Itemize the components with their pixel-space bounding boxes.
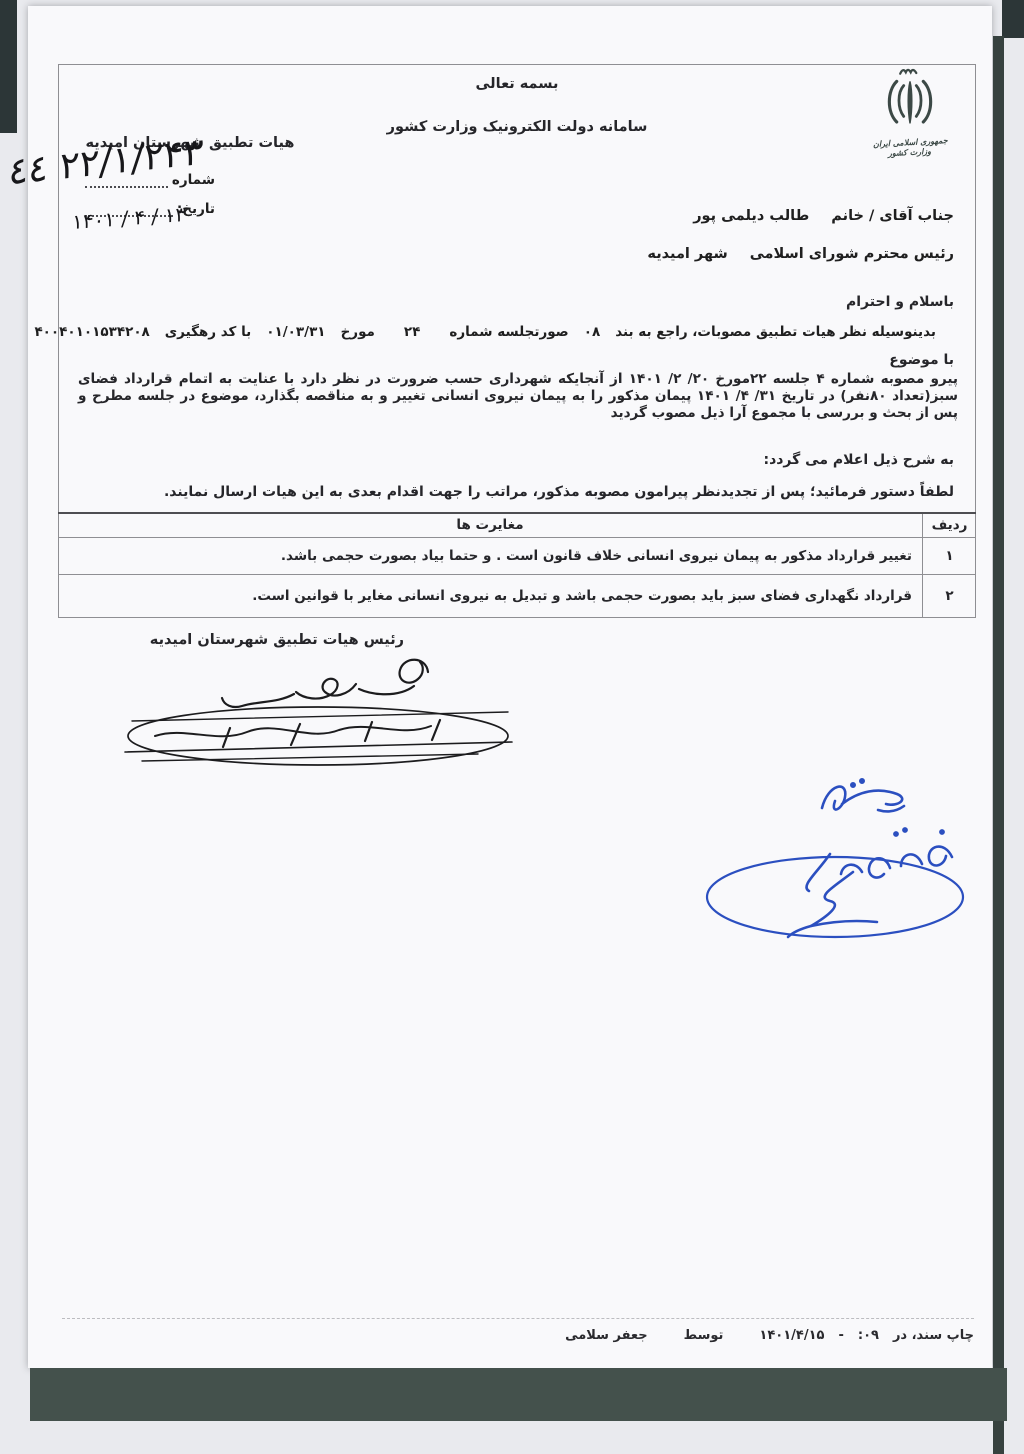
letterhead-emblem: جمهوری اسلامی ایران وزارت کشور [855, 64, 965, 158]
tracking-code: ۴۰۰۴۰۱۰۱۵۳۴۲۰۸ [34, 324, 149, 340]
table-row: ۱ تغییر قرارداد مذکور به پیمان نیروی انس… [58, 538, 976, 575]
discrepancies-table: ردیف مغایرت ها ۱ تغییر قرارداد مذکور به … [58, 512, 976, 618]
scan-edge-top-left [0, 0, 17, 133]
emblem-caption-ministry: وزارت کشور [888, 147, 932, 159]
subject-label: با موضوع [889, 352, 954, 368]
minutes-label: صورتجلسه شماره [449, 324, 568, 340]
handwritten-signature-black-icon [110, 642, 540, 767]
subject-paragraph: پیرو مصوبه شماره ۴ جلسه ۲۲مورخ ۲۰/ ۲/ ۱۴… [78, 371, 958, 422]
request-line: لطفاً دستور فرمائید؛ پس از تجدیدنظر پیرا… [164, 484, 954, 500]
minutes-number: ۲۴ [404, 324, 420, 340]
scan-edge-top-right [1002, 0, 1024, 38]
recipient-name-line: جناب آقای / خانم طالب دیلمی پور [693, 208, 954, 224]
by-name: جعفر سلامی [565, 1328, 648, 1343]
row-number-cell: ۱ [922, 538, 976, 574]
recipient-title-line: رئیس محترم شورای اسلامی شهر امیدیه [647, 246, 954, 262]
row-text-cell: قرارداد نگهداری فضای سبز باید بصورت حجمی… [58, 575, 922, 618]
announce-line: به شرح ذیل اعلام می گردد: [763, 452, 954, 468]
footer-divider [62, 1318, 974, 1319]
footer-dash: - [838, 1328, 843, 1343]
tracking-label: با کد رهگیری [165, 324, 251, 340]
session-date: ۰۱/۰۳/۳۱ [266, 324, 325, 340]
table-row: ۲ قرارداد نگهداری فضای سبز باید بصورت حج… [58, 575, 976, 618]
iran-national-emblem-icon [875, 64, 945, 138]
table-header-row: ردیف مغایرت ها [58, 514, 976, 538]
print-time: ۰۹: [858, 1328, 879, 1343]
greeting-line: باسلام و احترام [846, 294, 954, 310]
row-number-cell: ۲ [922, 575, 976, 618]
print-date: ۱۴۰۱/۴/۱۵ [759, 1328, 824, 1343]
row-text-cell: تغییر قرارداد مذکور به پیمان نیروی انسان… [58, 538, 922, 574]
recipient-title: رئیس محترم شورای اسلامی [750, 246, 954, 262]
recipient-city: شهر امیدیه [647, 246, 727, 262]
scan-edge-right [993, 36, 1004, 1454]
recipient-salutation: جناب آقای / خانم [831, 208, 954, 224]
dated-label: مورخ [341, 324, 375, 340]
handwritten-signature-blue-icon [690, 762, 995, 947]
reference-line: بدینوسیله نظر هیات تطبیق مصوبات، راجع به… [34, 324, 936, 340]
print-label: چاپ سند، در [893, 1328, 974, 1343]
by-label: توسط [684, 1328, 724, 1343]
header-row-no: ردیف [922, 514, 976, 537]
reference-prefix: بدینوسیله نظر هیات تطبیق مصوبات، راجع به… [615, 324, 936, 340]
bismillah-line: بسمه تعالی [58, 76, 976, 92]
scanned-letter-page: بسمه تعالی سامانه دولت الکترونیک وزارت ک… [0, 0, 1024, 1454]
clause-number: ۰۸ [584, 324, 600, 340]
recipient-name: طالب دیلمی پور [693, 208, 809, 224]
header-discrepancies: مغایرت ها [58, 514, 922, 537]
print-footer: چاپ سند، در ۰۹: - ۱۴۰۱/۴/۱۵ توسط جعفر سل… [565, 1328, 974, 1343]
scan-edge-bottom [30, 1368, 1007, 1421]
